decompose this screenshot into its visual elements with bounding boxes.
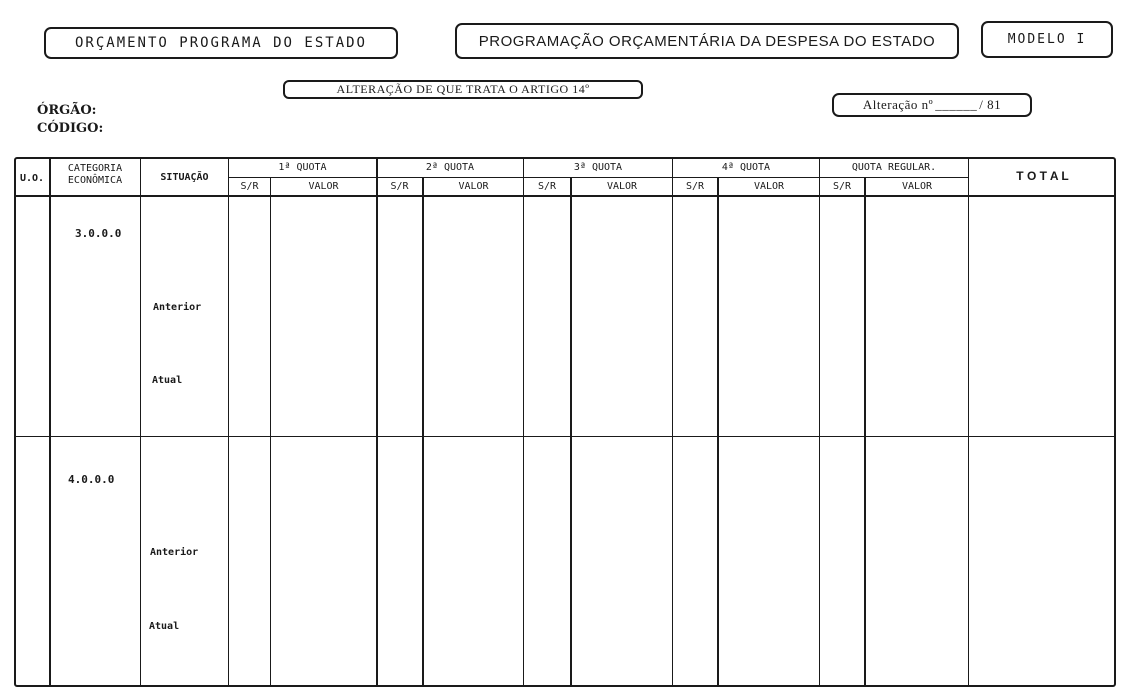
quota-regular-sr: S/R	[820, 181, 864, 192]
quota-4-header: 4ª QUOTA	[673, 162, 819, 173]
col-line	[270, 178, 271, 687]
col-header-total: T O T A L	[969, 169, 1116, 183]
quota-2-header: 2ª QUOTA	[377, 162, 523, 173]
col-line	[523, 157, 524, 687]
quota-regular-header: QUOTA REGULAR.	[820, 162, 968, 173]
col-header-categoria-2: ECONÔMICA	[50, 175, 140, 186]
col-line	[717, 178, 719, 687]
alteration-number-box: Alteração nº ______ / 81	[832, 93, 1032, 117]
situacao-atual: Atual	[152, 375, 182, 386]
amendment-note-box: ALTERAÇÃO DE QUE TRATA O ARTIGO 14º	[283, 80, 643, 99]
quota-3-header: 3ª QUOTA	[524, 162, 672, 173]
title-programacao-box: PROGRAMAÇÃO ORÇAMENTÁRIA DA DESPESA DO E…	[455, 23, 959, 59]
col-line	[672, 157, 673, 687]
situacao-atual: Atual	[149, 621, 179, 632]
quota-4-sr: S/R	[673, 181, 717, 192]
quota-3-valor: VALOR	[572, 181, 672, 192]
model-label: MODELO I	[1008, 32, 1087, 47]
orgao-label: ÓRGÃO:	[37, 103, 96, 118]
alteration-label: Alteração nº	[863, 97, 933, 113]
col-header-categoria-1: CATEGORIA	[50, 163, 140, 174]
amendment-note: ALTERAÇÃO DE QUE TRATA O ARTIGO 14º	[337, 82, 590, 97]
col-header-situacao: SITUAÇÃO	[141, 172, 228, 183]
quota-subheader-line	[228, 177, 968, 178]
quota-regular-valor: VALOR	[866, 181, 968, 192]
col-line	[864, 178, 866, 687]
col-line	[376, 157, 378, 687]
situacao-anterior: Anterior	[153, 302, 201, 313]
alteration-year: / 81	[979, 97, 1001, 113]
categoria-code: 4.0.0.0	[68, 473, 114, 486]
model-box: MODELO I	[981, 21, 1113, 58]
col-line	[140, 157, 141, 687]
quota-1-valor: VALOR	[271, 181, 376, 192]
title-orcamento: ORÇAMENTO PROGRAMA DO ESTADO	[75, 35, 367, 51]
section-divider	[14, 436, 1116, 437]
title-programacao: PROGRAMAÇÃO ORÇAMENTÁRIA DA DESPESA DO E…	[479, 33, 935, 50]
title-orcamento-box: ORÇAMENTO PROGRAMA DO ESTADO	[44, 27, 398, 59]
quota-1-sr: S/R	[229, 181, 270, 192]
col-line	[968, 157, 969, 687]
codigo-label: CÓDIGO:	[37, 121, 103, 136]
col-line	[570, 178, 572, 687]
col-line	[819, 157, 820, 687]
quota-2-sr: S/R	[377, 181, 422, 192]
alteration-number-field[interactable]: ______	[935, 97, 977, 113]
categoria-code: 3.0.0.0	[75, 227, 121, 240]
col-line	[228, 157, 229, 687]
quota-1-header: 1ª QUOTA	[229, 162, 376, 173]
budget-table	[14, 157, 1116, 687]
quota-2-valor: VALOR	[424, 181, 523, 192]
quota-4-valor: VALOR	[719, 181, 819, 192]
col-line	[49, 157, 51, 687]
col-header-uo: U.O.	[14, 173, 50, 184]
quota-3-sr: S/R	[524, 181, 570, 192]
situacao-anterior: Anterior	[150, 547, 198, 558]
col-line	[422, 178, 424, 687]
header-bottom-line	[14, 195, 1116, 197]
